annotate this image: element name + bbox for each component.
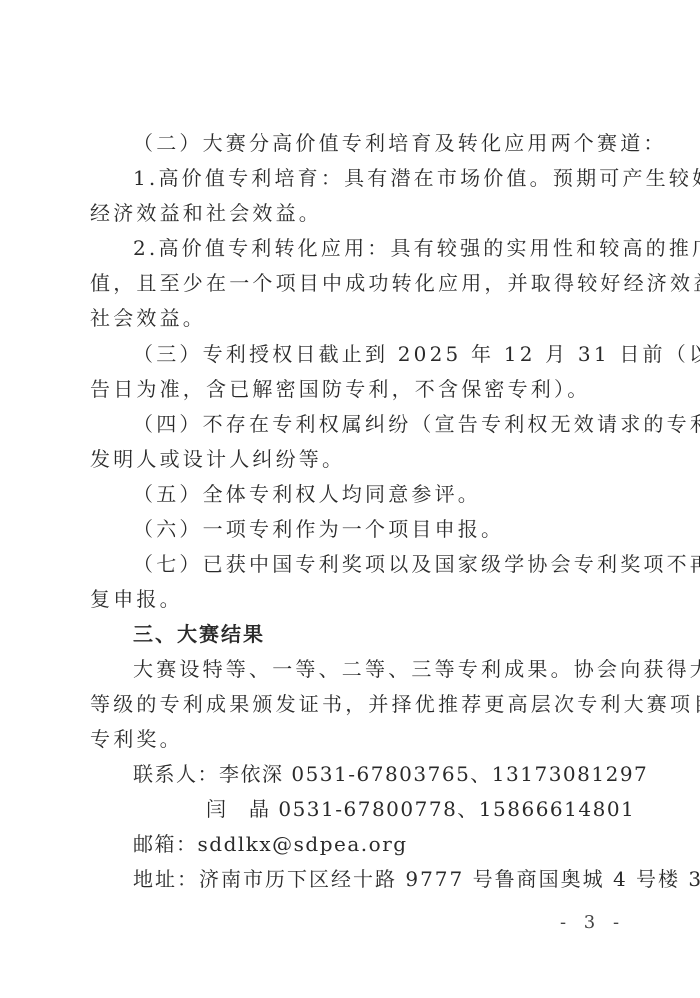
paragraph-clause-3-cont: 告日为准，含已解密国防专利，不含保密专利）。 xyxy=(90,376,622,402)
page-number: - 3 - xyxy=(560,912,625,933)
paragraph-clause-5: （五）全体专利权人均同意参评。 xyxy=(133,481,622,507)
paragraph-clause-3: （三）专利授权日截止到 2025 年 12 月 31 日前（以授权公 xyxy=(133,341,622,367)
paragraph-track-intro: （二）大赛分高价值专利培育及转化应用两个赛道： xyxy=(133,130,622,156)
contact-email: 邮箱：sddlkx@sdpea.org xyxy=(133,831,622,857)
paragraph-results: 大赛设特等、一等、二等、三等专利成果。协会向获得大赛 xyxy=(133,656,622,682)
contact-person-2: 闫 晶 0531-67800778、15866614801 xyxy=(206,796,700,822)
section-heading-results: 三、大赛结果 xyxy=(133,621,622,647)
paragraph-clause-7-cont: 复申报。 xyxy=(90,586,622,612)
paragraph-item-2: 2.高价值专利转化应用：具有较强的实用性和较高的推广价 xyxy=(133,235,622,261)
paragraph-clause-4-cont: 发明人或设计人纠纷等。 xyxy=(90,446,622,472)
contact-address: 地址：济南市历下区经十路 9777 号鲁商国奥城 4 号楼 3 层 xyxy=(133,866,622,892)
paragraph-results-cont2: 专利奖。 xyxy=(90,726,622,752)
paragraph-clause-4: （四）不存在专利权属纠纷（宣告专利权无效请求的专利）、 xyxy=(133,411,622,437)
paragraph-item-1-cont: 经济效益和社会效益。 xyxy=(90,200,622,226)
paragraph-item-2-cont2: 社会效益。 xyxy=(90,305,622,331)
paragraph-item-1: 1.高价值专利培育：具有潜在市场价值。预期可产生较好的 xyxy=(133,165,622,191)
paragraph-results-cont: 等级的专利成果颁发证书，并择优推荐更高层次专利大赛项目及 xyxy=(90,691,622,717)
document-page: （二）大赛分高价值专利培育及转化应用两个赛道： 1.高价值专利培育：具有潜在市场… xyxy=(0,0,700,998)
paragraph-clause-7: （七）已获中国专利奖项以及国家级学协会专利奖项不再重 xyxy=(133,551,622,577)
paragraph-item-2-cont: 值，且至少在一个项目中成功转化应用，并取得较好经济效益和 xyxy=(90,270,622,296)
paragraph-clause-6: （六）一项专利作为一个项目申报。 xyxy=(133,516,622,542)
contact-person-1: 联系人：李依深 0531-67803765、13173081297 xyxy=(133,761,622,787)
